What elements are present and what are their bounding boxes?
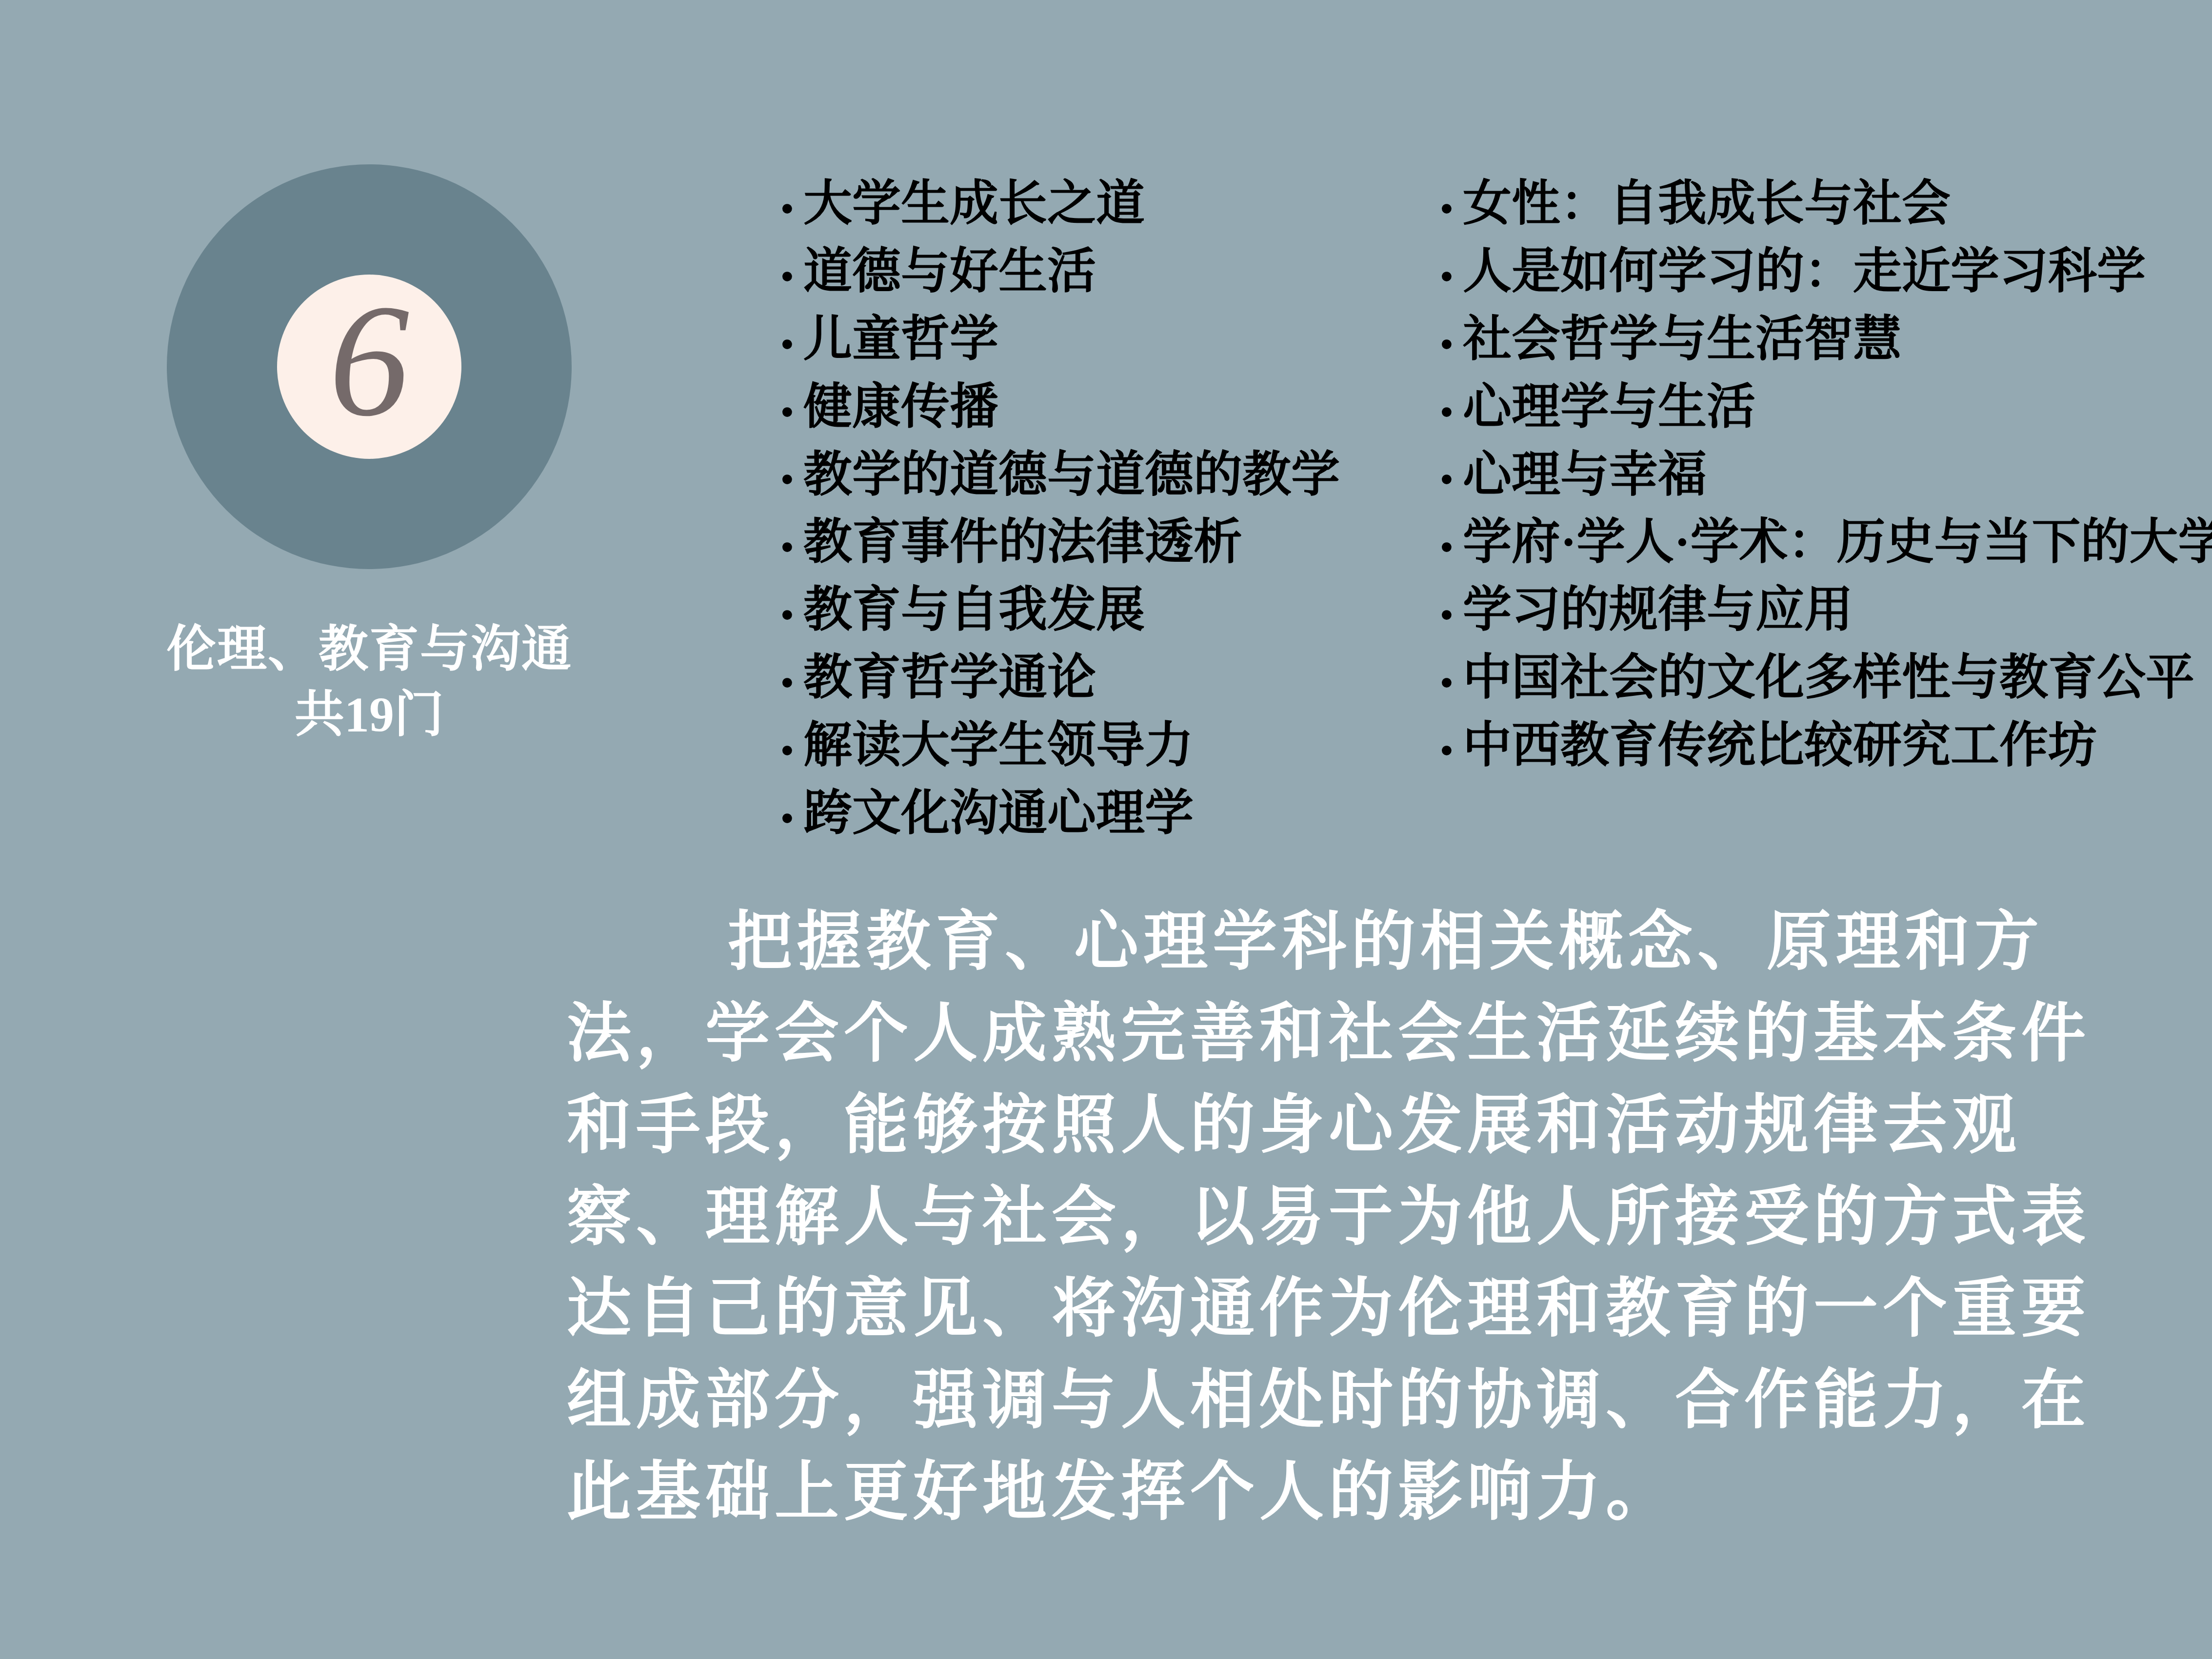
course-list-item: 女性：自我成长与社会 <box>1440 172 2212 239</box>
course-list-item: 人是如何学习的：走近学习科学 <box>1440 239 2212 307</box>
course-list-item: 社会哲学与生活智慧 <box>1440 307 2212 375</box>
category-description: 把握教育、心理学科的相关概念、原理和方法，学会个人成熟完善和社会生活延续的基本条… <box>567 896 2181 1538</box>
category-number-inner-circle: 6 <box>277 275 461 459</box>
course-list-item: 教学的道德与道德的教学 <box>780 443 1340 511</box>
course-list-item: 跨文化沟通心理学 <box>780 781 1340 849</box>
course-list-item: 学习的规律与应用 <box>1440 578 2212 646</box>
description-line: 察、理解人与社会，以易于为他人所接受的方式表 <box>567 1171 2181 1263</box>
course-list-item: 健康传播 <box>780 375 1340 443</box>
course-list-item: 心理学与生活 <box>1440 375 2212 443</box>
course-list-item: 儿童哲学 <box>780 307 1340 375</box>
infographic-slide: 6 伦理、教育与沟通 共19门 大学生成长之道道德与好生活儿童哲学健康传播教学的… <box>0 0 2212 1659</box>
course-list-item: 学府·学人·学术：历史与当下的大学 <box>1440 510 2212 578</box>
course-list-item: 中国社会的文化多样性与教育公平 <box>1440 646 2212 713</box>
course-list-item: 教育事件的法律透析 <box>780 510 1340 578</box>
course-list-item: 中西教育传统比较研究工作坊 <box>1440 713 2212 781</box>
course-list-item: 教育哲学通论 <box>780 646 1340 713</box>
description-line: 达自己的意见、将沟通作为伦理和教育的一个重要 <box>567 1263 2181 1355</box>
course-list-left: 大学生成长之道道德与好生活儿童哲学健康传播教学的道德与道德的教学教育事件的法律透… <box>780 172 1340 849</box>
description-line: 和手段，能够按照人的身心发展和活动规律去观 <box>567 1080 2181 1171</box>
description-line: 把握教育、心理学科的相关概念、原理和方 <box>567 896 2181 988</box>
course-list-item: 解读大学生领导力 <box>780 713 1340 781</box>
description-line: 法，学会个人成熟完善和社会生活延续的基本条件 <box>567 988 2181 1080</box>
course-list-item: 教育与自我发展 <box>780 578 1340 646</box>
category-labels: 伦理、教育与沟通 共19门 <box>47 618 691 747</box>
category-number-circle: 6 <box>167 164 572 569</box>
category-course-count: 共19门 <box>47 684 691 747</box>
course-list-item: 大学生成长之道 <box>780 172 1340 239</box>
category-number: 6 <box>329 280 410 441</box>
description-line: 组成部分，强调与人相处时的协调、合作能力，在 <box>567 1355 2181 1446</box>
course-list-item: 心理与幸福 <box>1440 443 2212 511</box>
category-title: 伦理、教育与沟通 <box>47 618 691 682</box>
description-line: 此基础上更好地发挥个人的影响力。 <box>567 1446 2181 1538</box>
course-list-right: 女性：自我成长与社会人是如何学习的：走近学习科学社会哲学与生活智慧心理学与生活心… <box>1440 172 2212 781</box>
course-list-item: 道德与好生活 <box>780 239 1340 307</box>
